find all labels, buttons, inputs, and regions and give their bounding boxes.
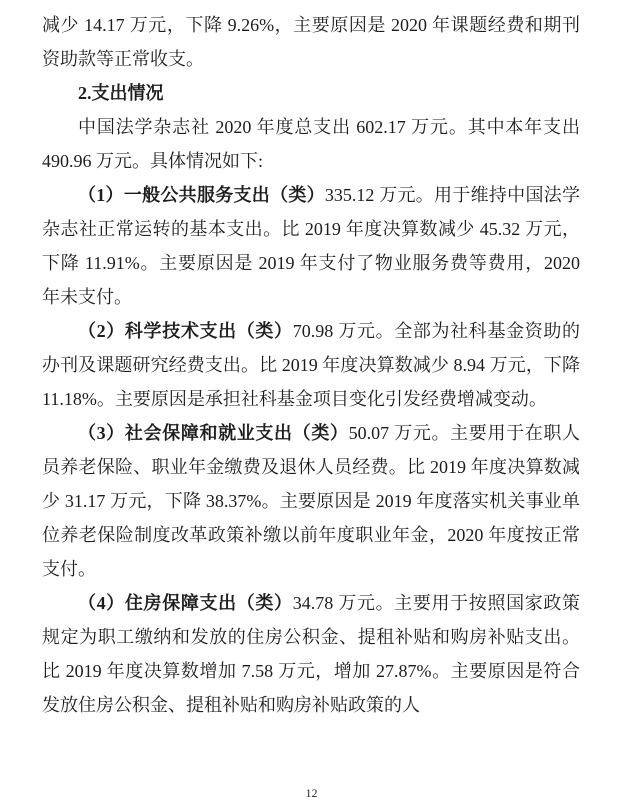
document-page: 减少 14.17 万元，下降 9.26%，主要原因是 2020 年课题经费和期刊… bbox=[0, 0, 623, 806]
page-number: 12 bbox=[0, 786, 623, 800]
expense-item-3-label: （3）社会保障和就业支出（类） bbox=[78, 423, 349, 443]
expense-item-1: （1）一般公共服务支出（类）335.12 万元。用于维持中国法学杂志社正常运转的… bbox=[42, 178, 580, 314]
paragraph-carryover: 减少 14.17 万元，下降 9.26%，主要原因是 2020 年课题经费和期刊… bbox=[42, 8, 580, 76]
expense-item-3-body: 50.07 万元。主要用于在职人员养老保险、职业年金缴费及退休人员经费。比 20… bbox=[42, 423, 580, 579]
paragraph-expenditure-overview: 中国法学杂志社 2020 年度总支出 602.17 万元。其中本年支出 490.… bbox=[42, 110, 580, 178]
expense-item-1-label: （1）一般公共服务支出（类） bbox=[78, 185, 325, 205]
expense-item-2: （2）科学技术支出（类）70.98 万元。全部为社科基金资助的办刊及课题研究经费… bbox=[42, 314, 580, 416]
expense-item-4: （4）住房保障支出（类）34.78 万元。主要用于按照国家政策规定为职工缴纳和发… bbox=[42, 586, 580, 722]
expense-item-2-label: （2）科学技术支出（类） bbox=[78, 321, 293, 341]
section-heading-expenditure: 2.支出情况 bbox=[42, 76, 580, 110]
expense-item-4-label: （4）住房保障支出（类） bbox=[78, 593, 293, 613]
document-text-block: 减少 14.17 万元，下降 9.26%，主要原因是 2020 年课题经费和期刊… bbox=[42, 8, 580, 722]
expense-item-3: （3）社会保障和就业支出（类）50.07 万元。主要用于在职人员养老保险、职业年… bbox=[42, 416, 580, 586]
